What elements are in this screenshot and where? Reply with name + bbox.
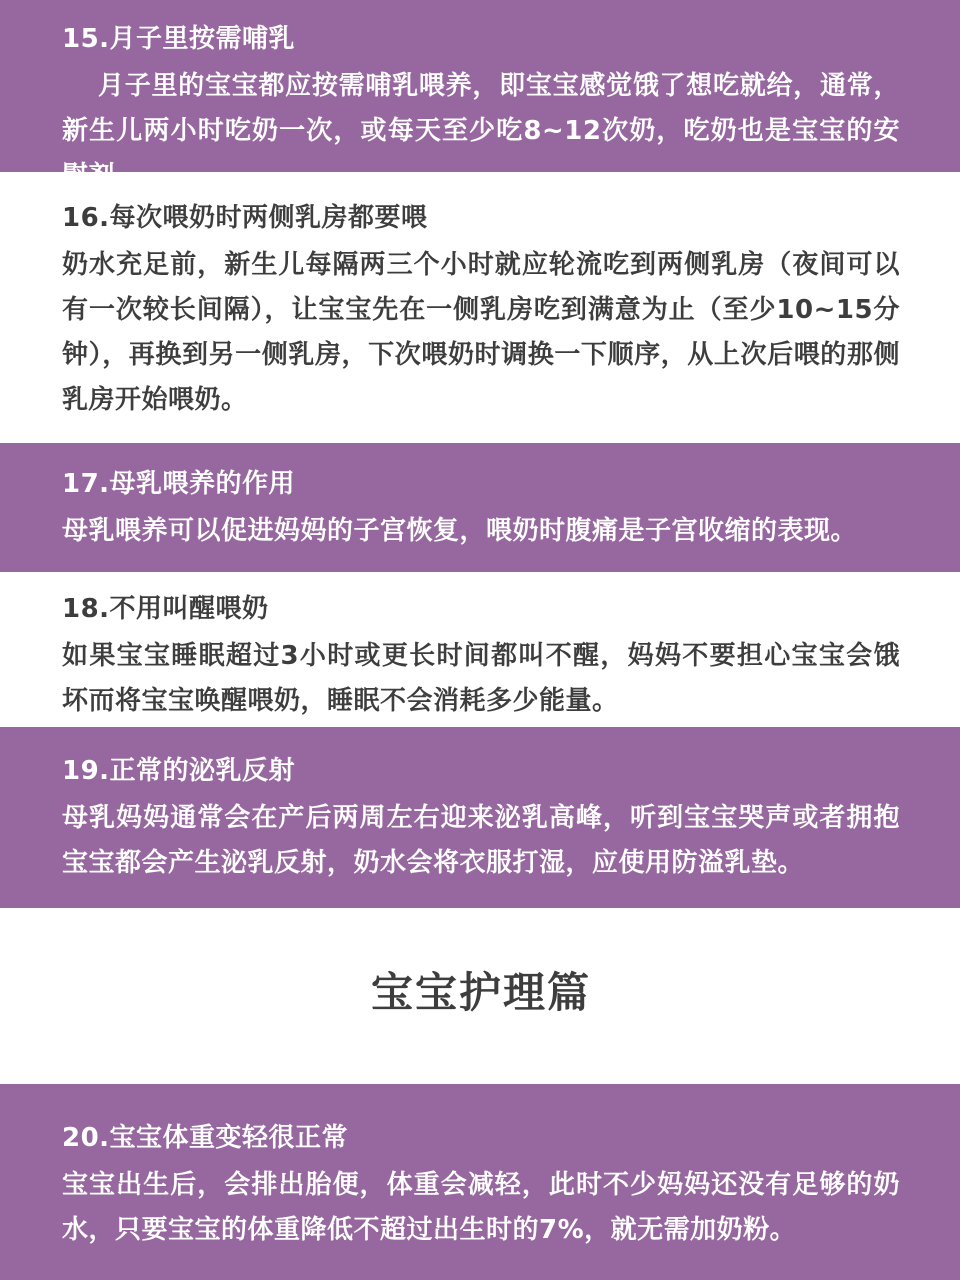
section-body: 母乳妈妈通常会在产后两周左右迎来泌乳高峰，听到宝宝哭声或者拥抱宝宝都会产生泌乳反… <box>62 796 900 886</box>
section-tip-15: 15.月子里按需哺乳 月子里的宝宝都应按需哺乳喂养，即宝宝感觉饿了想吃就给，通常… <box>0 0 960 172</box>
section-body: 如果宝宝睡眠超过3小时或更长时间都叫不醒，妈妈不要担心宝宝会饿坏而将宝宝唤醒喂奶… <box>62 634 900 724</box>
infographic-page: 15.月子里按需哺乳 月子里的宝宝都应按需哺乳喂养，即宝宝感觉饿了想吃就给，通常… <box>0 0 960 1280</box>
section-body: 奶水充足前，新生儿每隔两三个小时就应轮流吃到两侧乳房（夜间可以有一次较长间隔），… <box>62 243 900 423</box>
chapter-divider: 宝宝护理篇 <box>0 908 960 1084</box>
section-heading: 15.月子里按需哺乳 <box>62 20 900 58</box>
chapter-title: 宝宝护理篇 <box>371 960 591 1020</box>
section-heading: 19.正常的泌乳反射 <box>62 752 900 790</box>
section-tip-20: 20.宝宝体重变轻很正常 宝宝出生后，会排出胎便，体重会减轻，此时不少妈妈还没有… <box>0 1084 960 1280</box>
section-heading: 18.不用叫醒喂奶 <box>62 590 900 628</box>
section-tip-18: 18.不用叫醒喂奶 如果宝宝睡眠超过3小时或更长时间都叫不醒，妈妈不要担心宝宝会… <box>0 572 960 727</box>
section-tip-16: 16.每次喂奶时两侧乳房都要喂 奶水充足前，新生儿每隔两三个小时就应轮流吃到两侧… <box>0 172 960 443</box>
section-heading: 20.宝宝体重变轻很正常 <box>62 1119 900 1157</box>
section-heading: 16.每次喂奶时两侧乳房都要喂 <box>62 199 900 237</box>
section-tip-19: 19.正常的泌乳反射 母乳妈妈通常会在产后两周左右迎来泌乳高峰，听到宝宝哭声或者… <box>0 727 960 908</box>
section-heading: 17.母乳喂养的作用 <box>62 465 900 503</box>
section-body: 母乳喂养可以促进妈妈的子宫恢复，喂奶时腹痛是子宫收缩的表现。 <box>62 509 900 554</box>
section-tip-17: 17.母乳喂养的作用 母乳喂养可以促进妈妈的子宫恢复，喂奶时腹痛是子宫收缩的表现… <box>0 443 960 572</box>
section-body: 宝宝出生后，会排出胎便，体重会减轻，此时不少妈妈还没有足够的奶水，只要宝宝的体重… <box>62 1163 900 1253</box>
